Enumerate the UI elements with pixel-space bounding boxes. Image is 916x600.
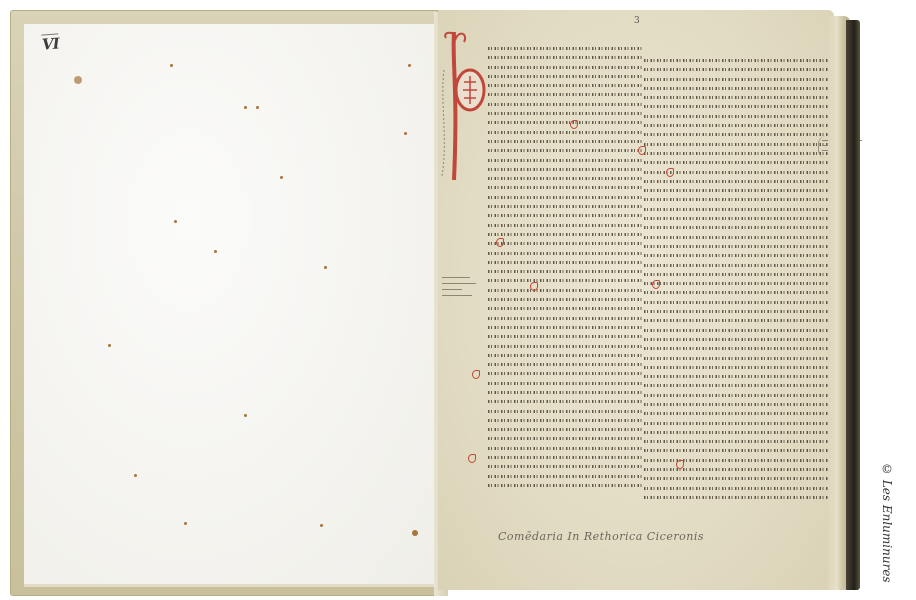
- foxing-spot: [174, 220, 177, 223]
- foxing-spot: [408, 64, 411, 67]
- decorated-initial-p: [440, 30, 488, 180]
- left-flyleaf-page: VI: [24, 24, 434, 587]
- rubric-mark: [530, 282, 538, 291]
- text-column-a: [488, 44, 642, 509]
- foxing-spot: [184, 522, 187, 525]
- margin-gloss-left: [442, 272, 482, 332]
- manuscript-book: VI 3: [10, 6, 860, 596]
- text-column-b: [644, 56, 828, 511]
- foxing-spot: [404, 132, 407, 135]
- rubric-mark: [496, 238, 504, 247]
- foxing-spot: [280, 176, 283, 179]
- copyright-credit: © Les Enluminures: [876, 462, 894, 584]
- folio-mark: VI: [41, 33, 59, 53]
- folio-number: 3: [634, 16, 640, 26]
- foxing-spot: [320, 524, 323, 527]
- foxing-spot: [256, 106, 259, 109]
- rubric-mark: [676, 460, 684, 469]
- rubric-mark: [638, 146, 646, 155]
- foxing-spot: [244, 414, 247, 417]
- rubric-mark: [652, 280, 660, 289]
- right-text-page: 3: [438, 10, 834, 590]
- foxing-spot: [134, 474, 137, 477]
- rubric-mark: [570, 120, 578, 129]
- foxing-spot: [324, 266, 327, 269]
- cover-edge: [846, 20, 860, 590]
- foxing-spot: [170, 64, 173, 67]
- foxing-spot: [108, 344, 111, 347]
- bottom-inscription: Comēdaria In Rethorica Ciceronis: [498, 530, 704, 543]
- foxing-spot: [214, 250, 217, 253]
- foxing-spot: [74, 76, 82, 84]
- rubric-mark: [666, 168, 674, 177]
- rubric-mark: [468, 454, 476, 463]
- foxing-spot: [412, 530, 418, 536]
- foxing-spot: [244, 106, 247, 109]
- rubric-mark: [472, 370, 480, 379]
